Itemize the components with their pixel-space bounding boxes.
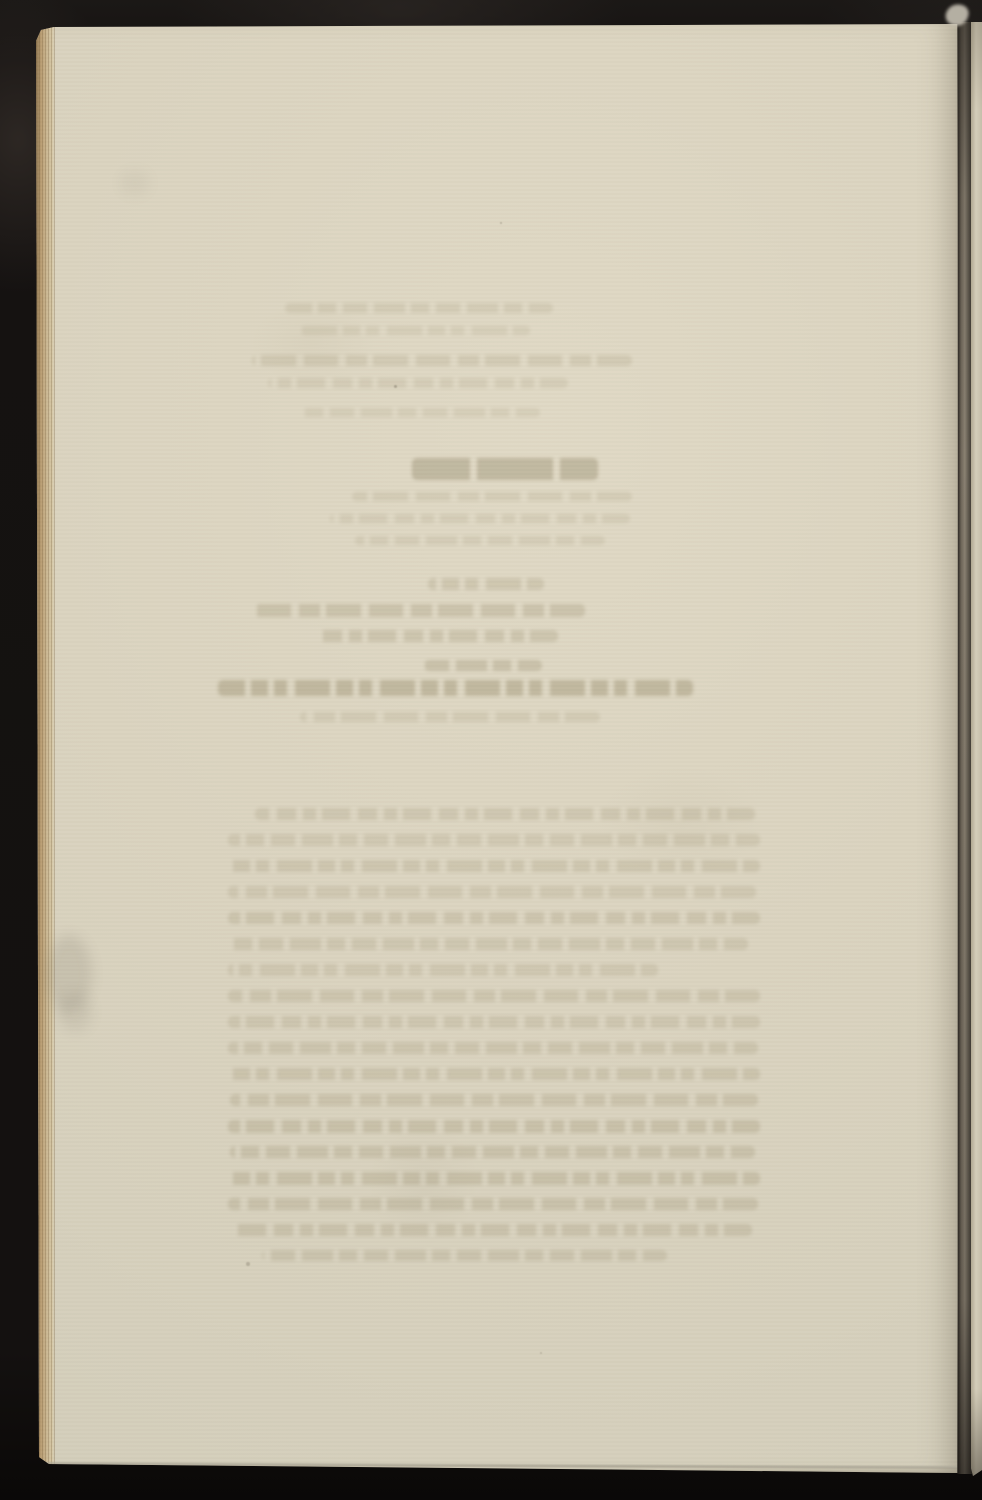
paper-fleck xyxy=(394,385,397,388)
book-page-blank-verso xyxy=(36,24,958,1473)
ghost-text-line xyxy=(255,604,585,617)
gutter-shadow xyxy=(957,22,972,1474)
ghost-text-line xyxy=(318,630,558,642)
ghost-text-line xyxy=(428,578,544,590)
ghost-text-line xyxy=(218,680,693,696)
ghost-text-line xyxy=(285,303,553,313)
ghost-text-line xyxy=(228,990,760,1002)
ghost-text-line xyxy=(300,712,600,722)
ghost-title-line xyxy=(412,458,598,480)
ghost-text-line xyxy=(228,1198,758,1210)
ghost-text-line xyxy=(262,1250,667,1261)
bleed-through-text-layer xyxy=(36,24,958,1473)
paper-fleck xyxy=(246,1262,250,1266)
ghost-text-line xyxy=(228,886,756,898)
ghost-text-line xyxy=(228,834,760,846)
ghost-text-line xyxy=(424,660,542,671)
book-scan xyxy=(0,0,982,1500)
ghost-text-line xyxy=(228,912,760,924)
ghost-text-line xyxy=(330,514,630,523)
ghost-text-line xyxy=(230,1094,758,1106)
ghost-text-line xyxy=(300,408,540,417)
ghost-text-line xyxy=(268,378,568,388)
ghost-text-line xyxy=(228,1172,760,1185)
ghost-text-line xyxy=(228,964,658,976)
smudge-mark xyxy=(120,170,150,196)
ghost-text-line xyxy=(228,860,760,872)
ghost-text-line xyxy=(228,1016,760,1028)
paper-fleck xyxy=(540,1352,542,1354)
paper-fleck xyxy=(500,222,502,224)
ghost-text-line xyxy=(255,808,755,820)
ghost-text-line xyxy=(228,1042,758,1054)
ghost-text-line xyxy=(230,1146,755,1158)
ghost-text-line xyxy=(252,355,632,366)
ghost-text-line xyxy=(300,326,530,335)
ghost-text-line xyxy=(355,536,605,545)
ghost-text-line xyxy=(228,1068,760,1080)
adjacent-page-edge xyxy=(971,22,982,1476)
ghost-text-line xyxy=(228,1120,760,1133)
ghost-text-line xyxy=(232,1224,752,1236)
ghost-text-line xyxy=(352,492,632,501)
ghost-text-line xyxy=(228,938,748,950)
smudge-mark xyxy=(58,992,92,1032)
